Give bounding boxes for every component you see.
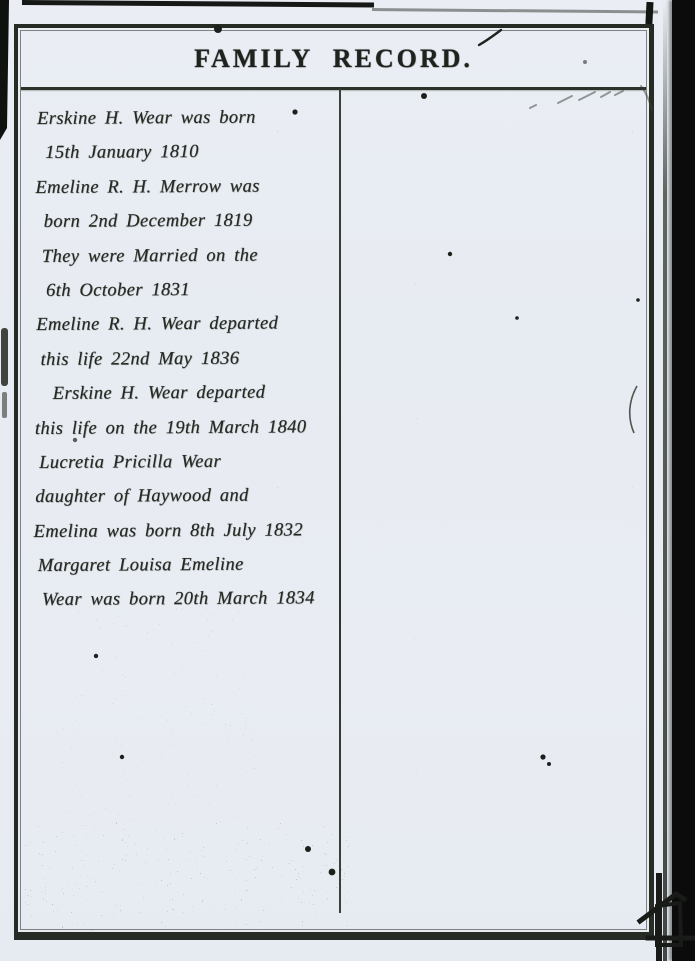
page-title: FAMILY RECORD.: [21, 31, 646, 74]
record-line: Erskine H. Wear departed: [53, 382, 351, 418]
record-line: Emeline R. H. Merrow was: [35, 176, 349, 212]
record-line: born 2nd December 1819: [44, 210, 350, 246]
record-line: 15th January 1810: [45, 141, 349, 177]
record-line: They were Married on the: [42, 245, 350, 281]
scan-edge-right: [672, 0, 695, 961]
record-line: Lucretia Pricilla Wear: [39, 451, 351, 487]
record-line: this life 22nd May 1836: [40, 348, 350, 384]
record-line: Margaret Louisa Emeline: [38, 554, 352, 590]
left-column-entries: Erskine H. Wear was born 15th January 18…: [31, 107, 352, 625]
record-border-box: FAMILY RECORD. Erskine H. Wear was born …: [14, 24, 654, 940]
record-line: Erskine H. Wear was born: [37, 107, 349, 143]
scan-smudge-left-2: [2, 392, 7, 418]
record-line: this life on the 19th March 1840: [35, 417, 351, 453]
record-line: 6th October 1831: [46, 279, 350, 315]
record-inner-border: FAMILY RECORD. Erskine H. Wear was born …: [20, 30, 647, 930]
record-line: Emelina was born 8th July 1832: [34, 520, 352, 556]
scan-artifact-top-streaks: [22, 0, 658, 13]
record-line: daughter of Haywood and: [35, 485, 351, 521]
record-line: Wear was born 20th March 1834: [42, 589, 352, 625]
record-header: FAMILY RECORD.: [21, 31, 646, 85]
scan-edge-top-left: [0, 0, 9, 140]
scanned-document-page: FAMILY RECORD. Erskine H. Wear was born …: [0, 0, 695, 961]
scan-shadow-line: [663, 0, 667, 961]
right-column: [343, 89, 646, 929]
scan-tick-mark: [645, 2, 653, 24]
scan-smudge-left: [1, 328, 8, 386]
record-line: Emeline R. H. Wear departed: [36, 313, 350, 349]
